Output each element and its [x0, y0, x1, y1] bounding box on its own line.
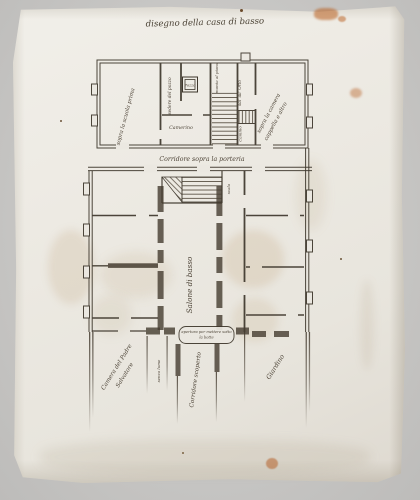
side-stair-treads	[238, 111, 255, 123]
floor-plan-drawing: disegno della casa di basso sopra la scu…	[0, 0, 420, 500]
upper-block-walls	[92, 53, 313, 150]
label-passage-note: senza lume	[156, 359, 161, 382]
label-chimney-note: Camino	[238, 126, 243, 142]
window-notch	[307, 240, 313, 252]
window-notch	[84, 306, 90, 318]
window-notch	[307, 84, 313, 95]
window-notch	[84, 224, 90, 236]
window-notch	[307, 292, 313, 304]
door-gap	[261, 143, 273, 150]
thick-wall-segment	[108, 263, 158, 268]
label-orto-note: sal' all' Orto	[237, 80, 242, 106]
window-notch	[307, 190, 313, 202]
window-notch	[84, 266, 90, 278]
label-well: Pozzo	[184, 83, 197, 88]
mid-stair-hatch-triangle	[162, 177, 182, 202]
label-upper-corridor: Corridore sopra la porteria	[159, 156, 244, 163]
label-well-room: sedere del pozzo	[168, 77, 173, 115]
door-gap	[197, 165, 210, 173]
label-hatch-note-2: la botte	[199, 336, 214, 340]
middle-band-walls	[84, 148, 313, 332]
hall-east-piers	[216, 186, 222, 330]
photograph-backdrop: disegno della casa di basso sopra la scu…	[0, 0, 420, 500]
label-stair-upper-note: monta al piano	[214, 62, 219, 93]
door-gap	[144, 165, 157, 173]
label-hatch-note-1: apertura per mettere sotto	[181, 330, 232, 334]
label-garden: Giardino	[264, 353, 286, 381]
label-lower-corridor: Corridore scoperto	[189, 351, 203, 408]
label-room-top-left: sopra la scuola prima	[116, 88, 137, 146]
label-stair-note: scala	[226, 183, 231, 194]
window-notch	[92, 115, 98, 126]
label-main-hall: Salone di basso	[185, 256, 194, 313]
mid-stair-treads	[182, 177, 222, 202]
window-notch	[84, 183, 90, 195]
window-notch	[307, 117, 313, 128]
corridor-band-walls	[88, 165, 312, 173]
hall-west-piers	[158, 186, 164, 330]
label-camerino: Camerino	[169, 125, 193, 131]
right-partitions	[246, 216, 304, 316]
door-gap	[252, 165, 265, 173]
window-notch	[92, 84, 98, 95]
title-inscription: disegno della casa di basso	[146, 16, 265, 29]
chimney	[241, 53, 250, 61]
main-stair-treads	[212, 90, 237, 145]
